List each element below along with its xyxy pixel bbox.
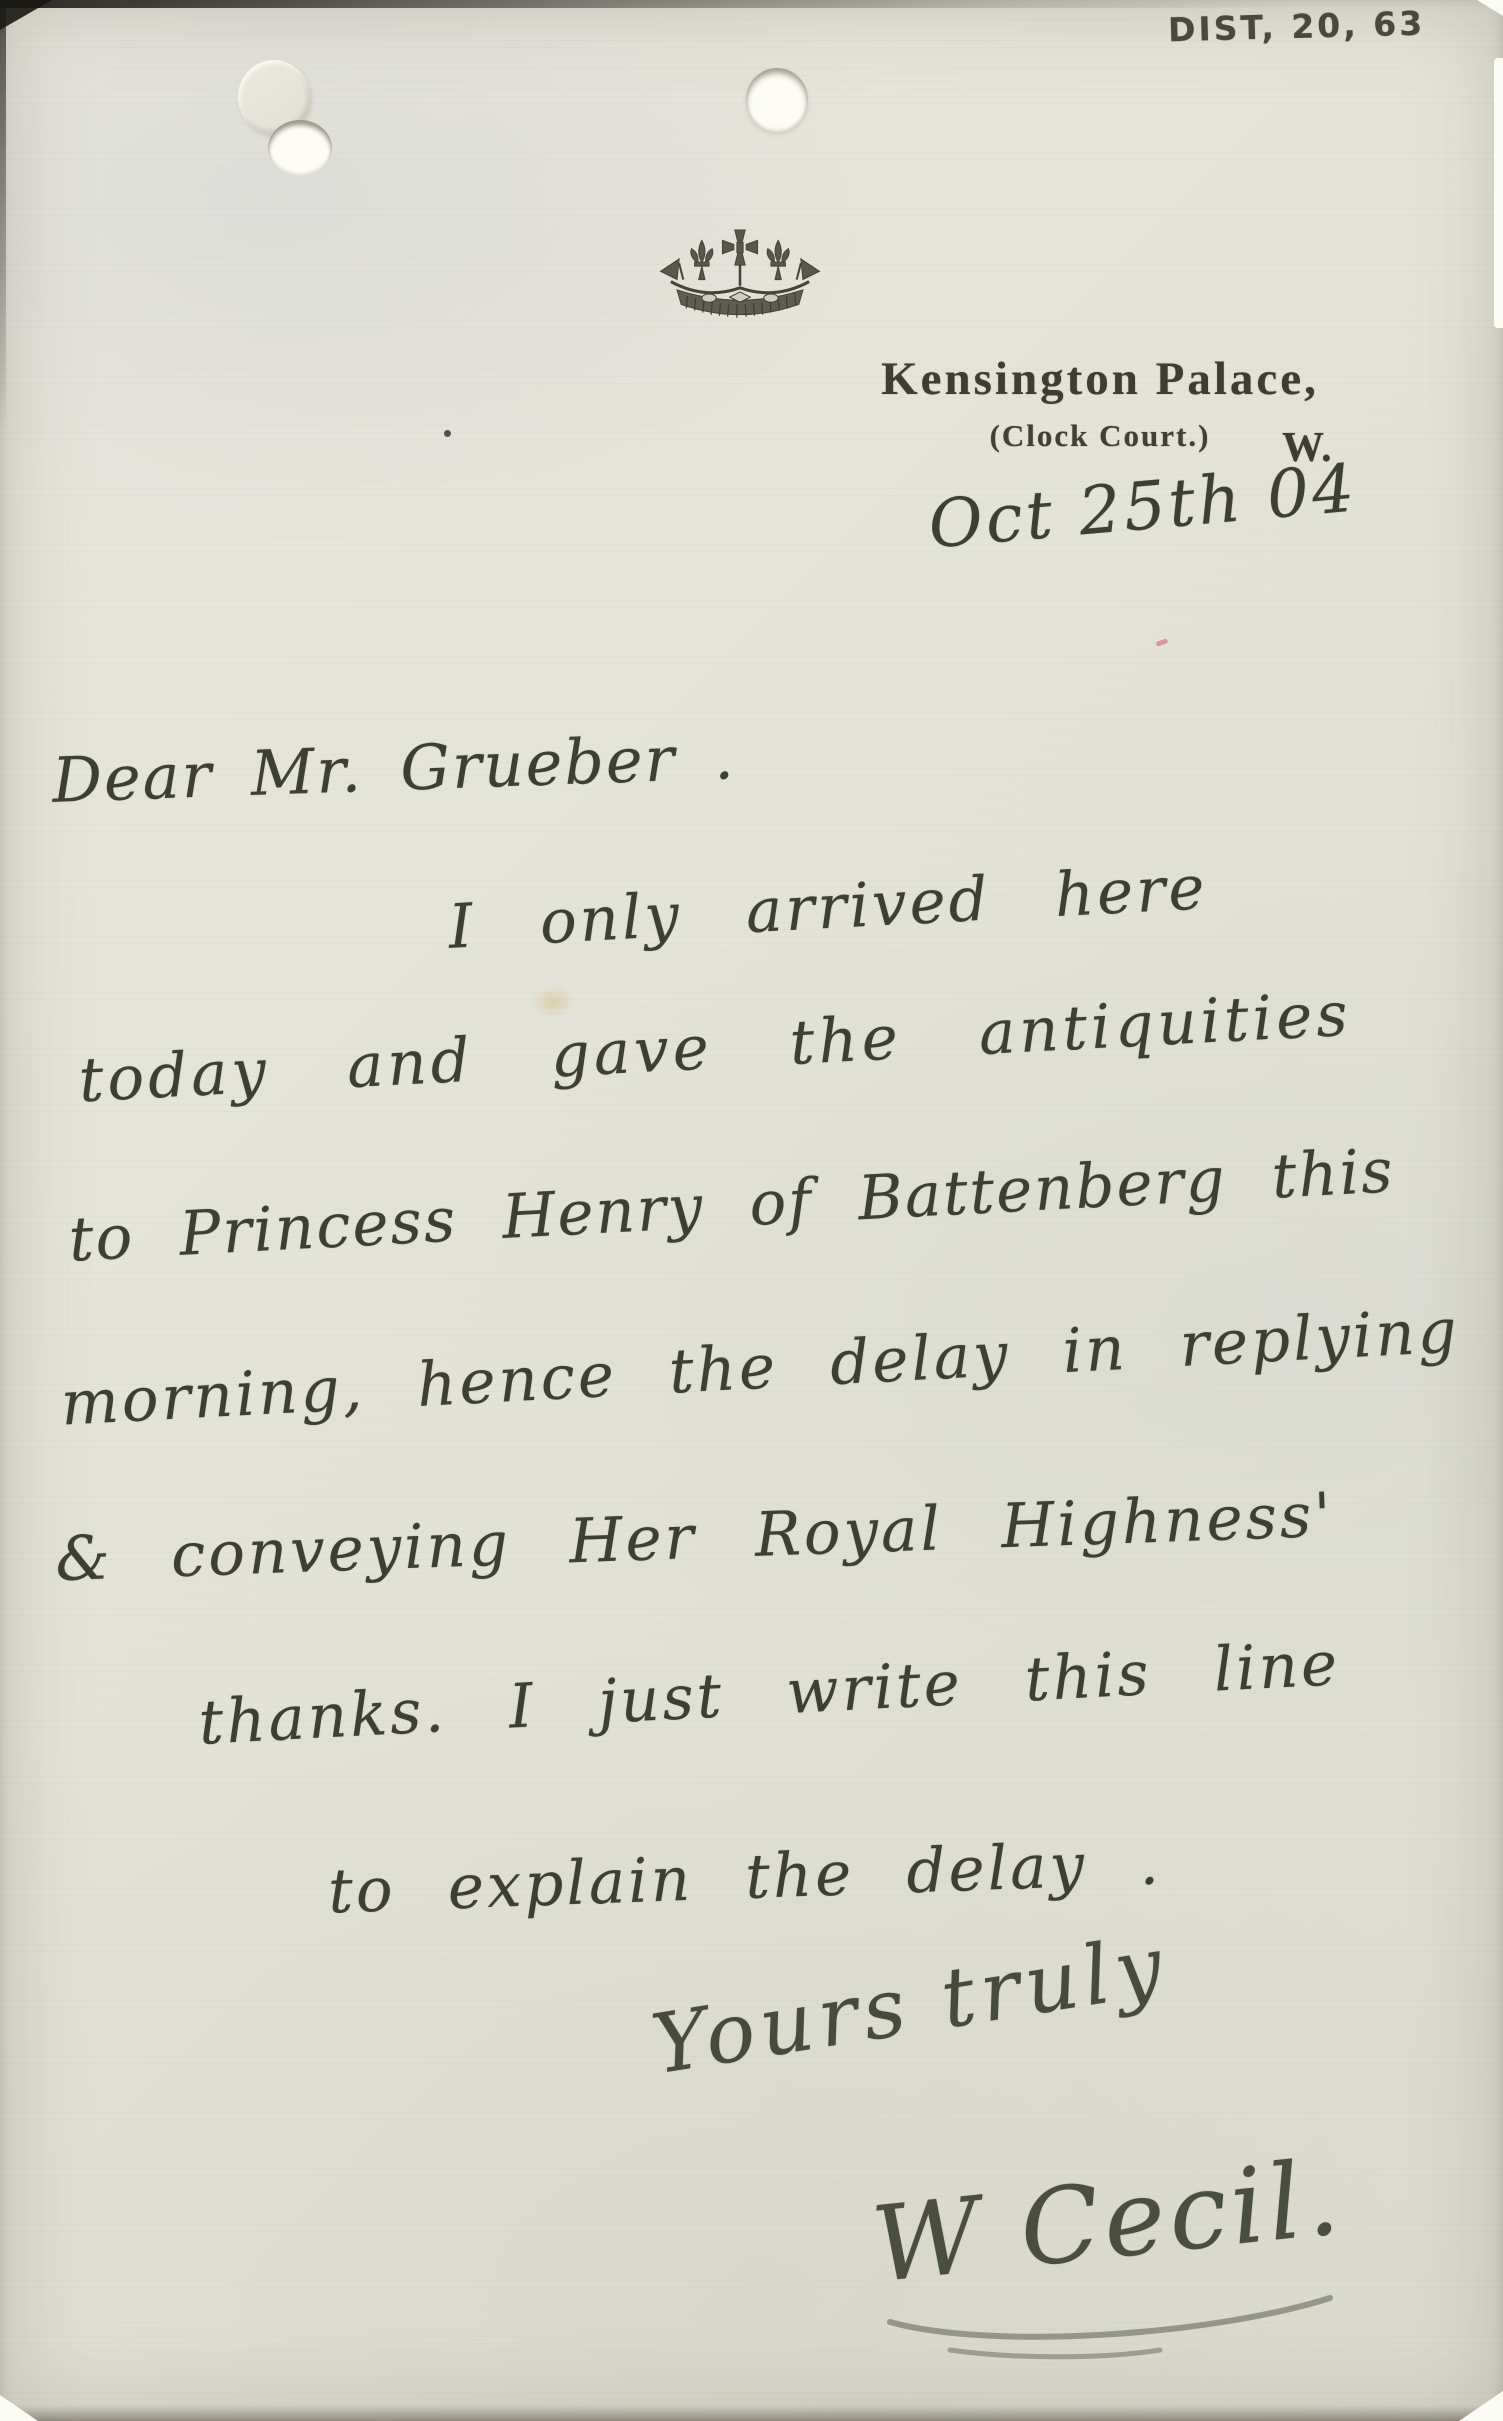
body-line: today and gave the antiquities [77, 979, 1353, 1117]
paper-corner-bottom-left [0, 2395, 38, 2421]
letter-scan: DIST, 20, 63 [0, 0, 1503, 2421]
punch-hole-left [268, 120, 332, 176]
paper-edge-bottom-shadow [0, 2405, 1503, 2421]
signature: W Cecil. [867, 2136, 1348, 2307]
handwritten-date: Oct 25th 04 [925, 449, 1360, 563]
paper-corner-top-left-shadow [0, 0, 52, 30]
letterhead-court: (Clock Court.) [900, 418, 1300, 454]
coronet-crest-icon [652, 228, 828, 326]
paper-edge-left-shadow [0, 0, 6, 430]
paper-edge-right-sliver [1494, 58, 1503, 328]
body-line: to Princess Henry of Battenberg this [67, 1135, 1396, 1275]
archival-note: DIST, 20, 63 [1168, 2, 1499, 50]
body-line: morning, hence the delay in replying [59, 1295, 1461, 1439]
salutation-line: Dear Mr. Grueber . [51, 720, 737, 817]
paper-stain [530, 985, 576, 1019]
paper-corner-bottom-right [1459, 2391, 1503, 2421]
body-line: thanks. I just write this line [197, 1628, 1342, 1759]
paper-edge-top-shadow [0, 0, 1310, 8]
ink-dot [444, 430, 451, 437]
body-line: to explain the delay . [327, 1827, 1163, 1927]
valediction: Yours truly [646, 1918, 1175, 2093]
red-ink-speck [1156, 638, 1169, 647]
punch-hole-right [746, 68, 808, 132]
signature-flourish [880, 2292, 1350, 2362]
body-line: I only arrived here [447, 852, 1209, 963]
body-line: & conveying Her Royal Highness' [54, 1480, 1335, 1596]
letterhead-palace-name: Kensington Palace, [820, 352, 1380, 406]
